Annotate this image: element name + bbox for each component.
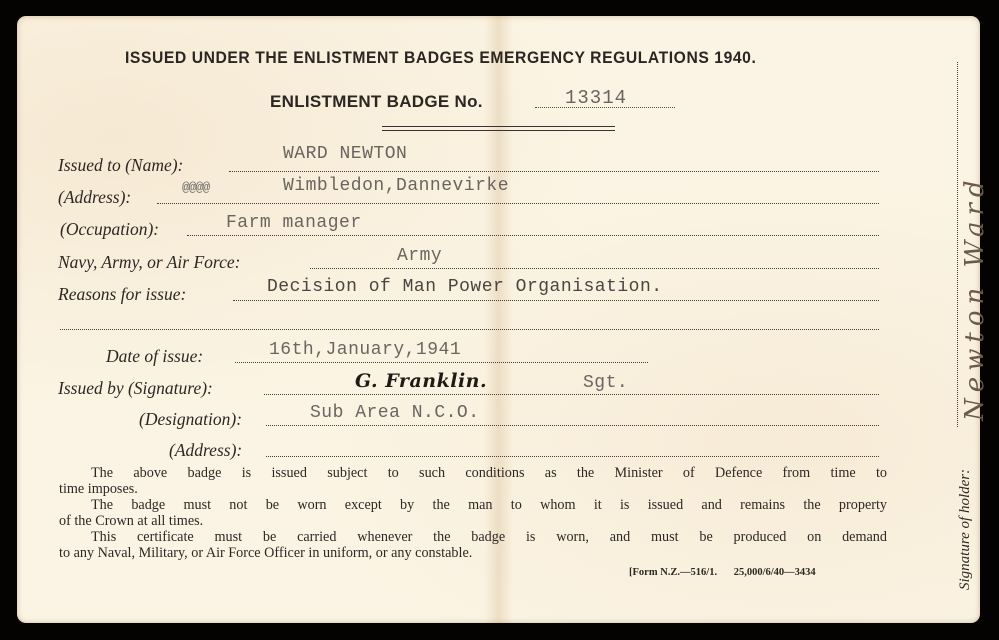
issuer-signature: G. Franklin. xyxy=(355,370,487,392)
print-run: 25,000/6/40—3434 xyxy=(734,567,816,578)
address-stamp: @@@@ xyxy=(182,180,209,195)
issued-by-label: Issued by (Signature): xyxy=(58,378,213,399)
service-value: Army xyxy=(397,246,442,266)
address-dotted-line xyxy=(157,203,879,204)
holder-signature-label: Signature of holder: xyxy=(957,469,974,590)
name-dotted-line xyxy=(229,171,879,172)
condition-3-line-2: to any Naval, Military, or Air Force Off… xyxy=(59,546,887,562)
issuer-rank: Sgt. xyxy=(583,373,628,393)
date-value: 16th,January,1941 xyxy=(269,340,461,360)
address-value: Wimbledon,Dannevirke xyxy=(283,176,509,196)
enlistment-badge-certificate: ISSUED UNDER THE ENLISTMENT BADGES EMERG… xyxy=(17,16,980,623)
form-number: [Form N.Z.—516/1. 25,000/6/40—3434 xyxy=(629,567,830,578)
condition-paragraph-1: The above badge is issued subject to suc… xyxy=(59,466,887,497)
holder-signature: Newton Ward xyxy=(960,174,990,421)
reasons-value: Decision of Man Power Organisation. xyxy=(267,277,663,297)
occupation-label: (Occupation): xyxy=(60,219,159,240)
service-dotted-line xyxy=(310,268,879,269)
double-rule-divider xyxy=(382,126,615,131)
condition-2-line-2: of the Crown at all times. xyxy=(59,514,887,530)
condition-3-line-1: This certificate must be carried wheneve… xyxy=(59,530,887,546)
badge-number-value: 13314 xyxy=(565,87,627,109)
issuer-address-dotted-line xyxy=(266,456,879,457)
date-dotted-line xyxy=(235,362,648,363)
badge-number-label: ENLISTMENT BADGE No. xyxy=(270,92,483,112)
reasons-dotted-line xyxy=(233,300,879,301)
name-value: WARD NEWTON xyxy=(283,144,407,164)
condition-2-line-1: The badge must not be worn except by the… xyxy=(59,498,887,514)
designation-label: (Designation): xyxy=(139,409,242,430)
condition-1-line-2: time imposes. xyxy=(59,482,887,498)
date-label: Date of issue: xyxy=(106,346,203,367)
form-code: [Form N.Z.—516/1. xyxy=(629,567,717,578)
holder-signature-dotted-line xyxy=(957,62,958,427)
issuer-address-label: (Address): xyxy=(169,440,242,461)
regulation-title: ISSUED UNDER THE ENLISTMENT BADGES EMERG… xyxy=(125,49,790,68)
condition-paragraph-2: The badge must not be worn except by the… xyxy=(59,498,887,529)
issued-by-dotted-line xyxy=(264,394,879,395)
condition-1-line-1: The above badge is issued subject to suc… xyxy=(59,466,887,482)
reasons-continuation-line xyxy=(60,329,879,330)
service-label: Navy, Army, or Air Force: xyxy=(58,252,240,273)
address-label: (Address): xyxy=(58,187,131,208)
designation-dotted-line xyxy=(266,425,879,426)
reasons-label: Reasons for issue: xyxy=(58,284,186,305)
name-label: Issued to (Name): xyxy=(58,155,183,176)
occupation-dotted-line xyxy=(187,235,879,236)
condition-paragraph-3: This certificate must be carried wheneve… xyxy=(59,530,887,561)
designation-value: Sub Area N.C.O. xyxy=(310,403,480,423)
occupation-value: Farm manager xyxy=(226,213,362,233)
